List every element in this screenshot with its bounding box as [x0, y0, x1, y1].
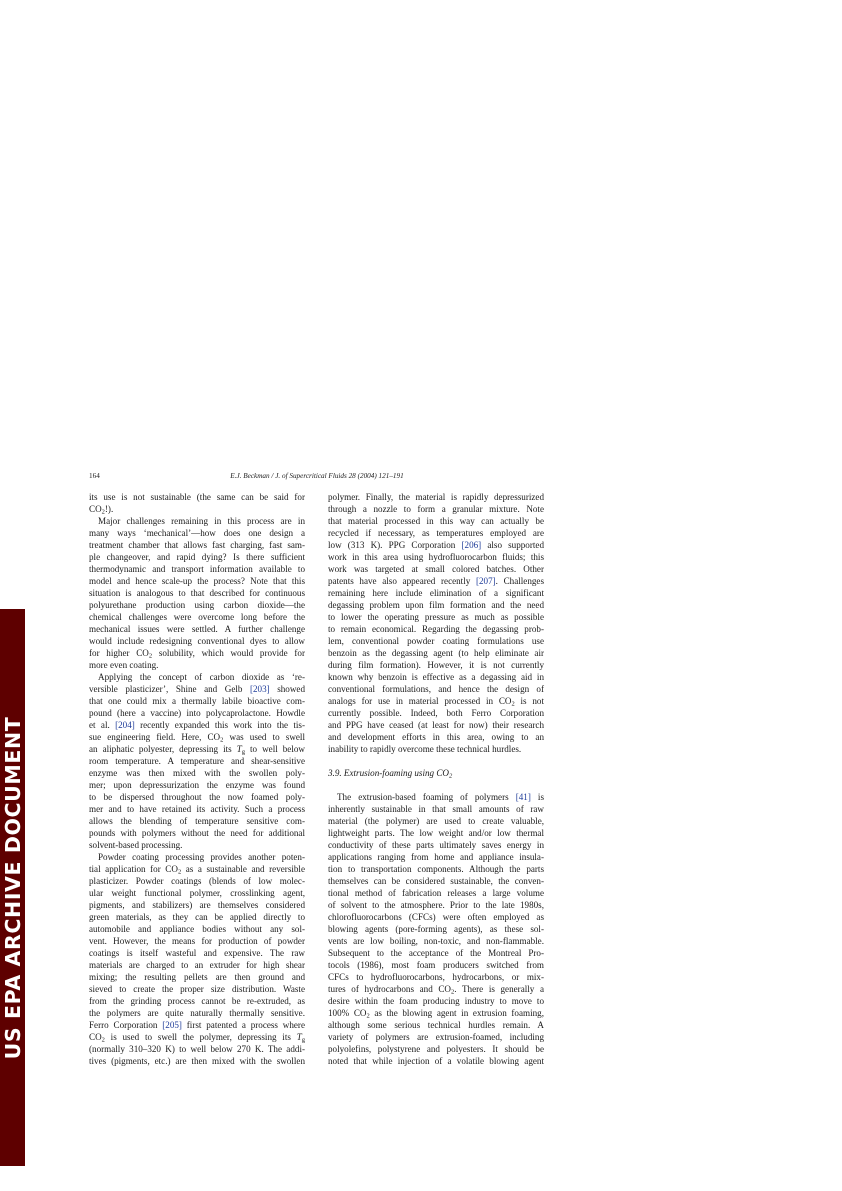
- text-line: patents have also appeared recently [207…: [328, 575, 544, 587]
- text-line: blowing agents (pore-forming agents), as…: [328, 923, 544, 935]
- text-line: desire within the foam producing industr…: [328, 995, 544, 1007]
- text-line: vent. However, the means for production …: [89, 935, 305, 947]
- text-line: tives (pigments, etc.) are then mixed wi…: [89, 1055, 305, 1067]
- text-line: noted that while injection of a volatile…: [328, 1055, 544, 1067]
- text-line: solvent-based processing.: [89, 839, 305, 851]
- text-line: model and hence scale-up the process? No…: [89, 575, 305, 587]
- text-line: an aliphatic polyester, depressing its T…: [89, 743, 305, 755]
- text-line: low (313 K). PPG Corporation [206] also …: [328, 539, 544, 551]
- citation-link[interactable]: [41]: [516, 792, 531, 802]
- text-line: chemical challenges were overcome long b…: [89, 611, 305, 623]
- text-line: treatment chamber that allows fast charg…: [89, 539, 305, 551]
- text-line: remaining here include elimination of a …: [328, 587, 544, 599]
- text-line: variety of polymers are extrusion-foamed…: [328, 1031, 544, 1043]
- archive-banner-text: US EPA ARCHIVE DOCUMENT: [1, 716, 25, 1059]
- text-line: et al. [204] recently expanded this work…: [89, 719, 305, 731]
- text-line: of solvent to the atmosphere. Prior to t…: [328, 899, 544, 911]
- text-line: Subsequent to the acceptance of the Mont…: [328, 947, 544, 959]
- text-line: sue engineering field. Here, CO2 was use…: [89, 731, 305, 743]
- text-line: the polymers are quite naturally thermal…: [89, 1007, 305, 1019]
- text-line: known why benzoin is effective as a dega…: [328, 671, 544, 683]
- text-line: more even coating.: [89, 659, 305, 671]
- text-line: that one could mix a thermally labile bi…: [89, 695, 305, 707]
- text-line: recycled if necessary, as temperatures e…: [328, 527, 544, 539]
- text-line: Ferro Corporation [205] first patented a…: [89, 1019, 305, 1031]
- text-line: to remain economical. Regarding the dega…: [328, 623, 544, 635]
- text-line: mer and to have retained its activity. S…: [89, 803, 305, 815]
- text-line: mechanical issues were settled. A furthe…: [89, 623, 305, 635]
- running-head: 164 E.J. Beckman / J. of Supercritical F…: [89, 470, 545, 482]
- citation-link[interactable]: [207]: [476, 576, 496, 586]
- text-line: to be dispersed throughout the now foame…: [89, 791, 305, 803]
- text-line: and PPG have ceased (at least for now) t…: [328, 719, 544, 731]
- text-line: analogs for use in material processed in…: [328, 695, 544, 707]
- text-line: work in this area using hydrofluorocarbo…: [328, 551, 544, 563]
- text-line: inherently sustainable in that small amo…: [328, 803, 544, 815]
- text-line: applications ranging from home and appli…: [328, 851, 544, 863]
- text-line: ple changeover, and rapid dying? Is ther…: [89, 551, 305, 563]
- text-line: mixing; the resulting pellets are then g…: [89, 971, 305, 983]
- text-line: themselves can be considered sustainable…: [328, 875, 544, 887]
- text-line: room temperature. A temperature and shea…: [89, 755, 305, 767]
- text-line: although some serious technical hurdles …: [328, 1019, 544, 1031]
- text-column-right: polymer. Finally, the material is rapidl…: [328, 491, 544, 1067]
- text-line: polymer. Finally, the material is rapidl…: [328, 491, 544, 503]
- text-line: Major challenges remaining in this proce…: [89, 515, 305, 527]
- text-line: allows the blending of temperature sensi…: [89, 815, 305, 827]
- text-line: polyurethane production using carbon dio…: [89, 599, 305, 611]
- text-line: pigments, and stabilizers) are themselve…: [89, 899, 305, 911]
- text-line: tional method of fabrication releases a …: [328, 887, 544, 899]
- text-line: Powder coating processing provides anoth…: [89, 851, 305, 863]
- text-line: plasticizer. Powder coatings (blends of …: [89, 875, 305, 887]
- citation-link[interactable]: [203]: [250, 684, 270, 694]
- text-line: mer; upon depressurization the enzyme wa…: [89, 779, 305, 791]
- text-line: for higher CO2 solubility, which would p…: [89, 647, 305, 659]
- text-line: automobile and appliance bodies without …: [89, 923, 305, 935]
- citation-link[interactable]: [204]: [115, 720, 135, 730]
- spacer: [328, 779, 544, 791]
- text-line: currently possible. Indeed, both Ferro C…: [328, 707, 544, 719]
- journal-citation: E.J. Beckman / J. of Supercritical Fluid…: [89, 470, 545, 482]
- text-line: materials are charged to an extruder for…: [89, 959, 305, 971]
- archive-banner: US EPA ARCHIVE DOCUMENT: [0, 609, 25, 1166]
- text-line: that material processed in this way can …: [328, 515, 544, 527]
- text-line: sieved to create the proper size distrib…: [89, 983, 305, 995]
- text-line: CO2!).: [89, 503, 305, 515]
- text-line: green materials, as they can be applied …: [89, 911, 305, 923]
- text-line: pound (here a vaccine) into polycaprolac…: [89, 707, 305, 719]
- text-line: through a nozzle to form a granular mixt…: [328, 503, 544, 515]
- text-line: its use is not sustainable (the same can…: [89, 491, 305, 503]
- text-line: to lower the operating pressure as much …: [328, 611, 544, 623]
- text-line: situation is analogous to that described…: [89, 587, 305, 599]
- text-line: from the grinding process cannot be re-e…: [89, 995, 305, 1007]
- text-line: benzoin as the degassing agent (to help …: [328, 647, 544, 659]
- spacer: [328, 755, 544, 767]
- text-line: enzyme was then mixed with the swollen p…: [89, 767, 305, 779]
- citation-link[interactable]: [205]: [162, 1020, 182, 1030]
- text-line: 100% CO2 as the blowing agent in extrusi…: [328, 1007, 544, 1019]
- text-line: and development efforts in this area, ow…: [328, 731, 544, 743]
- text-line: conventional formulations, and hence the…: [328, 683, 544, 695]
- text-line: coatings is itself wasteful and expensiv…: [89, 947, 305, 959]
- text-line: lightweight parts. The low weight and/or…: [328, 827, 544, 839]
- text-line: conductivity of these parts ultimately s…: [328, 839, 544, 851]
- text-line: versible plasticizer’, Shine and Gelb [2…: [89, 683, 305, 695]
- text-line: would include redesigning conventional d…: [89, 635, 305, 647]
- text-line: vents are low boiling, non-toxic, and no…: [328, 935, 544, 947]
- text-line: tial application for CO2 as a sustainabl…: [89, 863, 305, 875]
- text-line: chlorofluorocarbons (CFCs) were often em…: [328, 911, 544, 923]
- citation-link[interactable]: [206]: [462, 540, 482, 550]
- text-line: pounds with polymers without the need fo…: [89, 827, 305, 839]
- text-line: The extrusion-based foaming of polymers …: [328, 791, 544, 803]
- text-line: work was targeted at small colored batch…: [328, 563, 544, 575]
- text-line: (normally 310–320 K) to well below 270 K…: [89, 1043, 305, 1055]
- text-line: ular weight functional polymer, crosslin…: [89, 887, 305, 899]
- text-line: tion to transportation components. Altho…: [328, 863, 544, 875]
- text-line: tures of hydrocarbons and CO2. There is …: [328, 983, 544, 995]
- text-line: tocols (1986), most foam producers switc…: [328, 959, 544, 971]
- text-column-left: its use is not sustainable (the same can…: [89, 491, 305, 1067]
- text-line: polyolefins, polystyrene and polyesters.…: [328, 1043, 544, 1055]
- text-line: Applying the concept of carbon dioxide a…: [89, 671, 305, 683]
- text-line: many ways ‘mechanical’—how does one desi…: [89, 527, 305, 539]
- text-line: degassing problem upon film formation an…: [328, 599, 544, 611]
- section-heading: 3.9. Extrusion-foaming using CO2: [328, 767, 544, 779]
- text-line: inability to rapidly overcome these tech…: [328, 743, 544, 755]
- text-line: material (the polymer) are used to creat…: [328, 815, 544, 827]
- text-line: lem, conventional powder coating formula…: [328, 635, 544, 647]
- text-line: thermodynamic and transport information …: [89, 563, 305, 575]
- text-line: during film formation). However, it is n…: [328, 659, 544, 671]
- text-line: CO2 is used to swell the polymer, depres…: [89, 1031, 305, 1043]
- text-line: CFCs to hydrofluorocarbons, hydrocarbons…: [328, 971, 544, 983]
